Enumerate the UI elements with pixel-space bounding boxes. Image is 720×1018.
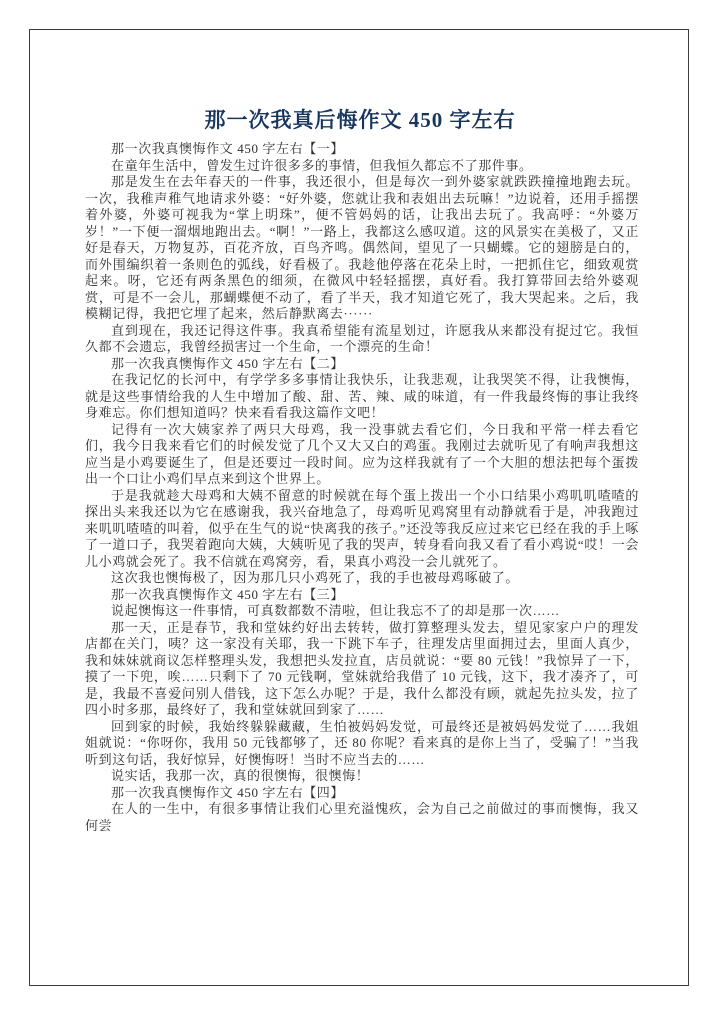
essay-paragraph: 那一天，正是春节，我和堂妹约好出去转转，做打算整理头发去，望见家家户户的理发店都… [85, 620, 639, 719]
essay-paragraph: 这次我也懊悔极了，因为那几只小鸡死了，我的手也被母鸡啄破了。 [85, 570, 639, 587]
section-heading: 那一次我真懊悔作文 450 字左右【三】 [85, 587, 639, 604]
section-heading: 那一次我真懊悔作文 450 字左右【二】 [85, 356, 639, 373]
section-heading: 那一次我真懊悔作文 450 字左右【一】 [85, 141, 639, 158]
essay-paragraph: 在童年生活中，曾发生过许很多多的事情，但我恒久都忘不了那件事。 [85, 158, 639, 175]
document-body: 那一次我真懊悔作文 450 字左右【一】 在童年生活中，曾发生过许很多多的事情，… [85, 141, 639, 834]
essay-paragraph: 在人的一生中，有很多事情让我们心里充溢愧疚，会为自己之前做过的事而懊悔，我又何尝 [85, 801, 639, 834]
section-heading: 那一次我真懊悔作文 450 字左右【四】 [85, 785, 639, 802]
essay-paragraph: 回到家的时候，我始终躲躲藏藏，生怕被妈妈发觉，可最终还是被妈妈发觉了……我姐姐就… [85, 719, 639, 769]
essay-paragraph: 直到现在，我还记得这件事。我真希望能有流星划过，许愿我从来都没有捉过它。我恒久都… [85, 323, 639, 356]
essay-paragraph: 在我记忆的长河中，有学学多多事情让我快乐，让我悲观，让我哭笑不得，让我懊悔，就是… [85, 372, 639, 422]
essay-paragraph: 说起懊悔这一件事情，可真数都数不清啦，但让我忘不了的却是那一次…… [85, 603, 639, 620]
page-title: 那一次我真后悔作文 450 字左右 [0, 104, 720, 134]
essay-paragraph: 那是发生在去年春天的一件事，我还很小，但是每次一到外婆家就跌跌撞撞地跑去玩。一次… [85, 174, 639, 323]
essay-paragraph: 记得有一次大姨家养了两只大母鸡，我一没事就去看它们，今日我和平常一样去看它们，我… [85, 422, 639, 488]
essay-paragraph: 说实话，我那一次，真的很懊悔，很懊悔！ [85, 768, 639, 785]
essay-paragraph: 于是我就趁大母鸡和大姨不留意的时候就在每个蛋上拨出一个小口结果小鸡叽叽喳喳的探出… [85, 488, 639, 571]
